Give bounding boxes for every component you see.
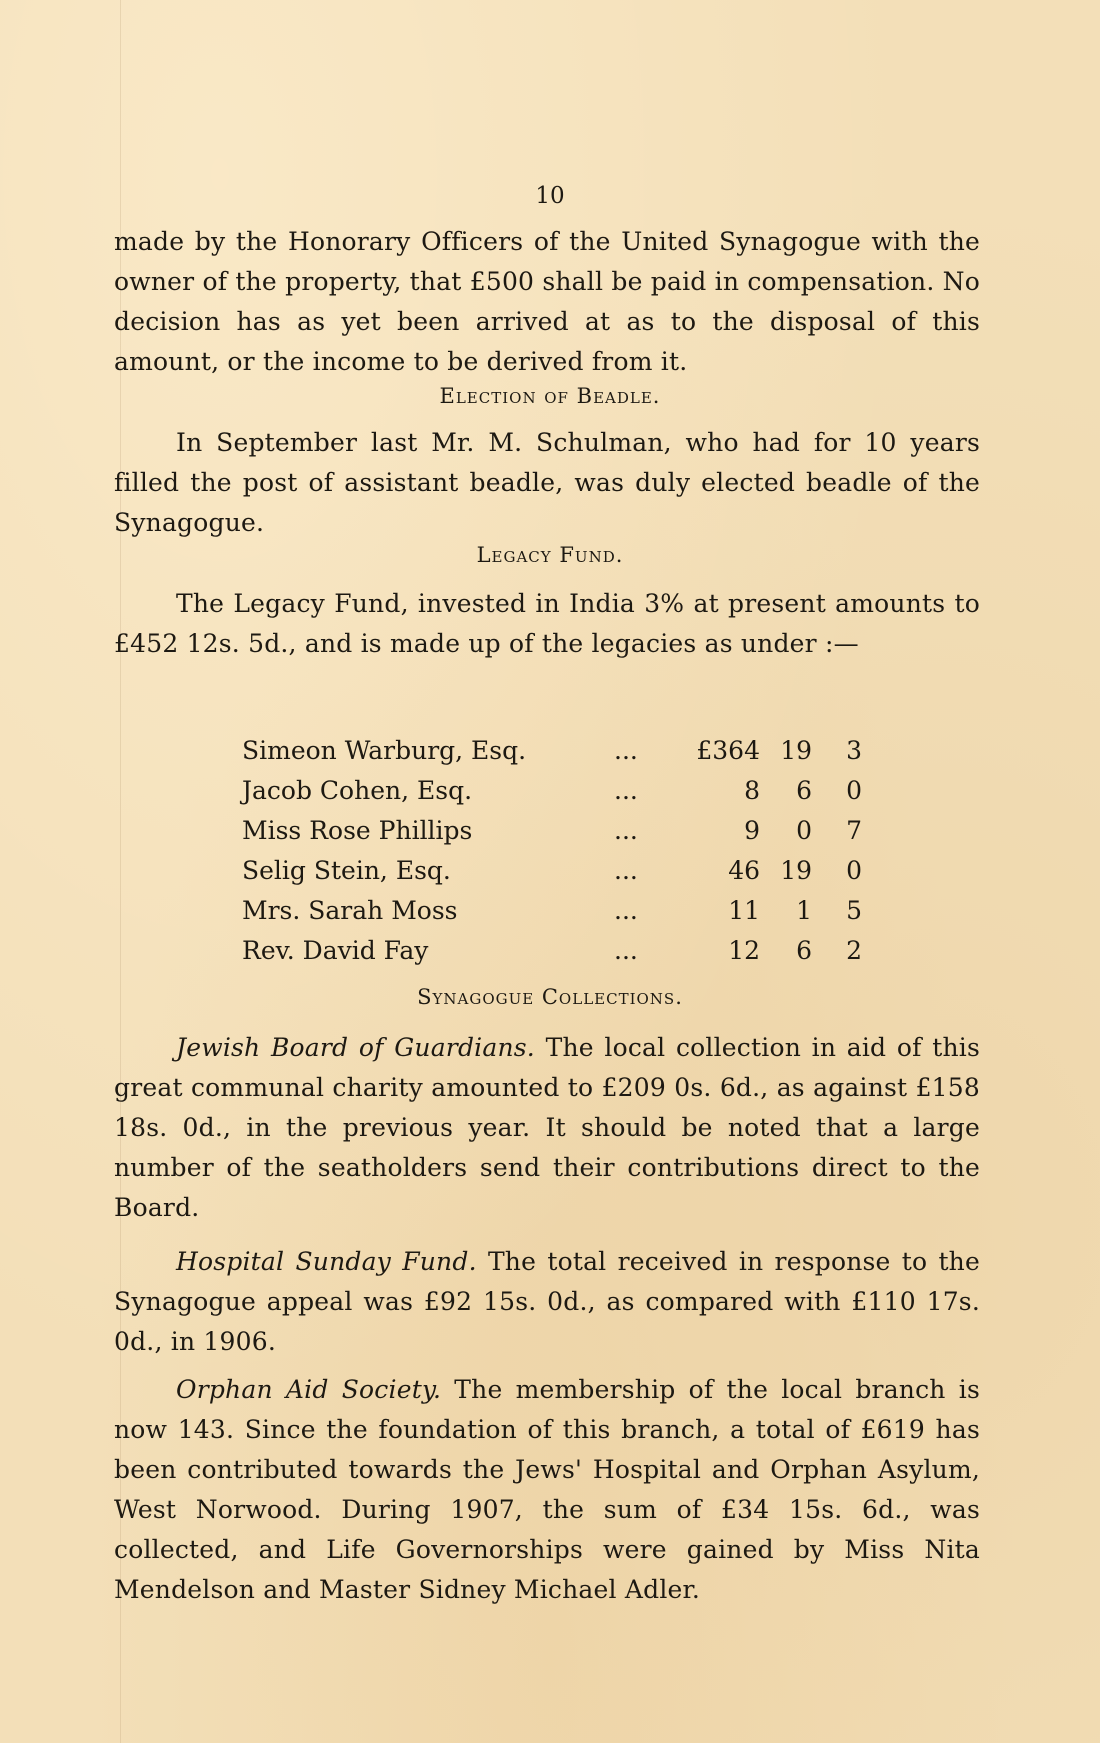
legacy-pounds: 8 (674, 776, 760, 805)
legacy-table: Simeon Warburg, Esq. ... £364 19 3 Jacob… (242, 730, 882, 970)
legacy-pence: 5 (812, 896, 862, 925)
legacy-pence: 3 (812, 736, 862, 765)
leader-dots: ... (614, 776, 674, 805)
legacy-shillings: 19 (760, 736, 812, 765)
collection-title: Jewish Board of Guardians. (176, 1033, 535, 1062)
leader-dots: ... (614, 856, 674, 885)
legacy-shillings: 6 (760, 776, 812, 805)
collection-text: The membership of the local branch is no… (114, 1375, 980, 1604)
collection-title: Orphan Aid Society. (176, 1375, 441, 1404)
legacy-shillings: 0 (760, 816, 812, 845)
legacy-pence: 7 (812, 816, 862, 845)
legacy-name: Jacob Cohen, Esq. (242, 776, 614, 805)
legacy-pence: 0 (812, 776, 862, 805)
legacy-name: Mrs. Sarah Moss (242, 896, 614, 925)
legacy-name: Simeon Warburg, Esq. (242, 736, 614, 765)
heading-election-of-beadle: Election of Beadle. (0, 384, 1100, 408)
heading-legacy-fund: Legacy Fund. (0, 543, 1100, 567)
legacy-row: Mrs. Sarah Moss ... 11 1 5 (242, 890, 882, 930)
legacy-row: Miss Rose Phillips ... 9 0 7 (242, 810, 882, 850)
collection-title: Hospital Sunday Fund. (176, 1247, 477, 1276)
collection-hospital-sunday-fund: Hospital Sunday Fund. The total received… (114, 1242, 980, 1362)
legacy-pounds: 9 (674, 816, 760, 845)
election-paragraph: In September last Mr. M. Schulman, who h… (114, 423, 980, 543)
legacy-name: Rev. David Fay (242, 936, 614, 965)
leader-dots: ... (614, 936, 674, 965)
legacy-row: Rev. David Fay ... 12 6 2 (242, 930, 882, 970)
heading-synagogue-collections: Synagogue Collections. (0, 985, 1100, 1009)
legacy-shillings: 19 (760, 856, 812, 885)
legacy-name: Selig Stein, Esq. (242, 856, 614, 885)
legacy-paragraph: The Legacy Fund, invested in India 3% at… (114, 584, 980, 664)
page-number: 10 (0, 183, 1100, 209)
legacy-pence: 0 (812, 856, 862, 885)
legacy-pounds: 46 (674, 856, 760, 885)
leader-dots: ... (614, 896, 674, 925)
legacy-row: Jacob Cohen, Esq. ... 8 6 0 (242, 770, 882, 810)
legacy-pence: 2 (812, 936, 862, 965)
legacy-pounds: 12 (674, 936, 760, 965)
leader-dots: ... (614, 816, 674, 845)
intro-paragraph: made by the Honorary Officers of the Uni… (114, 222, 980, 382)
legacy-pounds: 11 (674, 896, 760, 925)
legacy-shillings: 6 (760, 936, 812, 965)
legacy-row: Selig Stein, Esq. ... 46 19 0 (242, 850, 882, 890)
leader-dots: ... (614, 736, 674, 765)
legacy-shillings: 1 (760, 896, 812, 925)
legacy-name: Miss Rose Phillips (242, 816, 614, 845)
collection-orphan-aid-society: Orphan Aid Society. The membership of th… (114, 1370, 980, 1610)
legacy-pounds: £364 (674, 736, 760, 765)
collection-board-of-guardians: Jewish Board of Guardians. The local col… (114, 1028, 980, 1228)
legacy-row: Simeon Warburg, Esq. ... £364 19 3 (242, 730, 882, 770)
document-page: 10 made by the Honorary Officers of the … (0, 0, 1100, 1743)
